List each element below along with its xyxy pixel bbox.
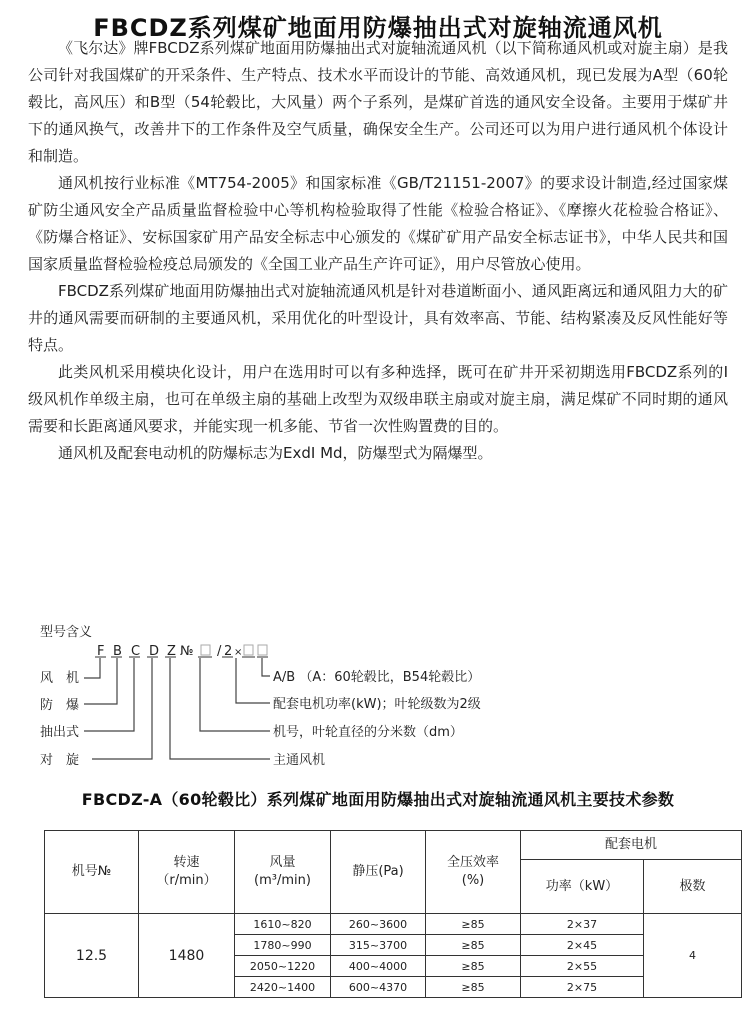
code-numero: № <box>180 644 194 659</box>
header-airflow-unit: (m³/min) <box>235 872 330 890</box>
header-model-no: 机号№ <box>45 831 139 914</box>
model-code-diagram: F B C D Z № / 2 × <box>0 630 520 780</box>
cell-power: 2×75 <box>521 977 644 998</box>
cell-power: 2×45 <box>521 935 644 956</box>
header-static-pressure: 静压(Pa) <box>331 831 426 914</box>
cell-power: 2×37 <box>521 914 644 935</box>
cell-power: 2×55 <box>521 956 644 977</box>
cell-airflow: 2420~1400 <box>235 977 331 998</box>
legend-right-machine-no: 机号，叶轮直径的分米数（dm） <box>273 724 463 740</box>
header-airflow: 风量 (m³/min) <box>235 831 331 914</box>
legend-left-contra-rotating: 对 旋 <box>40 752 79 768</box>
paragraph-5: 通风机及配套电动机的防爆标志为ExdI Md，防爆型式为隔爆型。 <box>28 440 728 467</box>
legend-right-motor-power: 配套电机功率(kW)；叶轮级数为2级 <box>273 696 481 712</box>
cell-static-pressure: 315~3700 <box>331 935 426 956</box>
intro-text: 《飞尔达》牌FBCDZ系列煤矿地面用防爆抽出式对旋轴流通风机（以下简称通风机或对… <box>28 35 728 467</box>
cell-poles: 4 <box>644 914 742 998</box>
placeholder-box-icon <box>258 645 267 655</box>
header-efficiency-label: 全压效率 <box>426 854 520 872</box>
header-efficiency-unit: (%) <box>426 872 520 890</box>
cell-efficiency: ≥85 <box>426 977 521 998</box>
header-poles: 极数 <box>644 860 742 914</box>
table-title: FBCDZ-A（60轮毂比）系列煤矿地面用防爆抽出式对旋轴流通风机主要技术参数 <box>0 787 756 810</box>
table-row: 12.5 1480 1610~820 260~3600 ≥85 2×37 4 <box>45 914 742 935</box>
header-speed: 转速 （r/min） <box>139 831 235 914</box>
legend-left-explosion-proof: 防 爆 <box>40 697 79 713</box>
paragraph-4: 此类风机采用模块化设计，用户在选用时可以有多种选择，既可在矿井开采初期选用FBC… <box>28 359 728 440</box>
cell-efficiency: ≥85 <box>426 935 521 956</box>
code-times: × <box>234 647 242 658</box>
cell-airflow: 1780~990 <box>235 935 331 956</box>
paragraph-3: FBCDZ系列煤矿地面用防爆抽出式对旋轴流通风机是针对巷道断面小、通风距离远和通… <box>28 278 728 359</box>
header-airflow-label: 风量 <box>235 854 330 872</box>
cell-efficiency: ≥85 <box>426 914 521 935</box>
cell-static-pressure: 600~4370 <box>331 977 426 998</box>
cell-airflow: 2050~1220 <box>235 956 331 977</box>
placeholder-box-icon <box>201 645 210 655</box>
cell-static-pressure: 260~3600 <box>331 914 426 935</box>
placeholder-box-icon <box>244 645 253 655</box>
header-speed-label: 转速 <box>139 854 234 872</box>
legend-left-fan: 风 机 <box>40 670 79 686</box>
paragraph-1: 《飞尔达》牌FBCDZ系列煤矿地面用防爆抽出式对旋轴流通风机（以下简称通风机或对… <box>28 35 728 170</box>
cell-static-pressure: 400~4000 <box>331 956 426 977</box>
cell-model-no: 12.5 <box>45 914 139 998</box>
spec-table: 机号№ 转速 （r/min） 风量 (m³/min) 静压(Pa) 全压效率 (… <box>44 830 742 998</box>
code-slash: / <box>217 644 222 659</box>
cell-airflow: 1610~820 <box>235 914 331 935</box>
header-motor-group: 配套电机 <box>521 831 742 860</box>
cell-speed: 1480 <box>139 914 235 998</box>
paragraph-2: 通风机按行业标准《MT754-2005》和国家标准《GB/T21151-2007… <box>28 170 728 278</box>
legend-right-main-fan: 主通风机 <box>273 752 325 768</box>
header-speed-unit: （r/min） <box>139 872 234 890</box>
cell-efficiency: ≥85 <box>426 956 521 977</box>
legend-right-hub-ratio: A/B （A：60轮毂比，B54轮毂比） <box>273 669 480 685</box>
legend-left-extraction: 抽出式 <box>40 724 79 740</box>
header-power: 功率（kW） <box>521 860 644 914</box>
header-efficiency: 全压效率 (%) <box>426 831 521 914</box>
